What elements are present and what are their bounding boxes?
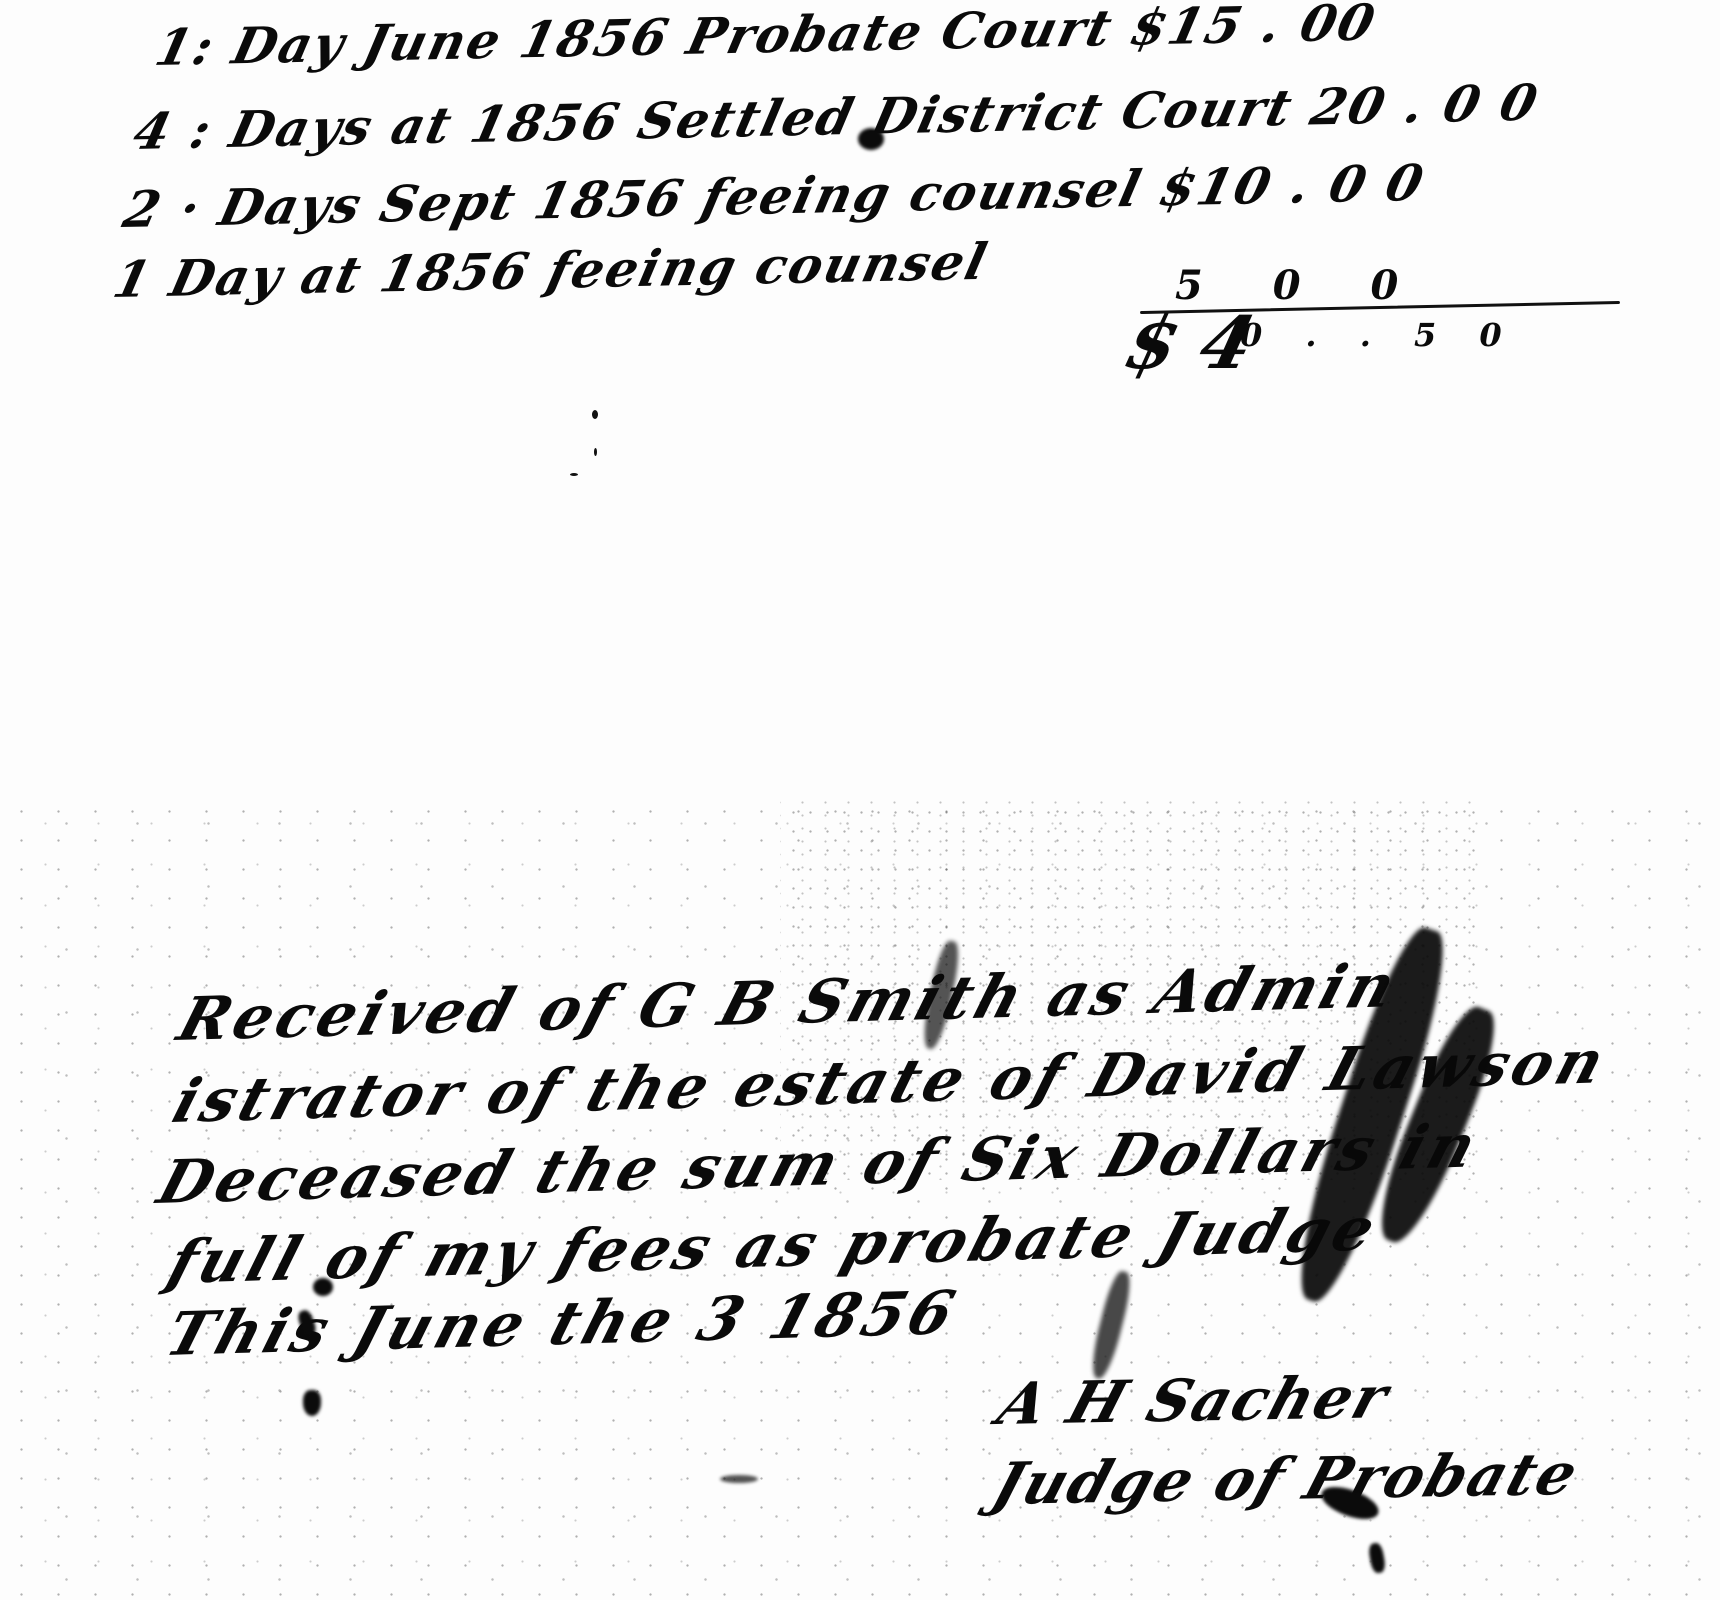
total-cents: 0 . . 5 0 (1240, 316, 1518, 354)
ink-blot-small (858, 128, 884, 150)
account-line-4: 1 Day at 1856 feeing counsel (108, 232, 994, 309)
account-line-2: 4 : Days at 1856 Settled District Court … (128, 73, 1545, 161)
stray-mark (594, 448, 597, 456)
ink-blot-of (313, 1278, 333, 1296)
ink-smear-lower (1087, 1269, 1135, 1381)
stray-mark (570, 473, 578, 476)
stray-mark (592, 410, 598, 419)
account-line-1: 1: Day June 1856 Probate Court $15 . 00 (150, 0, 1382, 77)
signature-name: A H Sacher (990, 1363, 1398, 1438)
signature-title: Judge of Probate (985, 1440, 1587, 1518)
ink-mark-below-signature (1368, 1542, 1387, 1574)
document-page: 1: Day June 1856 Probate Court $15 . 00 … (0, 0, 1720, 1600)
stray-ink-dash (720, 1475, 758, 1483)
ink-mark-v (303, 1390, 321, 1416)
account-line-3: 2 · Days Sept 1856 feeing counsel $10 . … (118, 153, 1431, 239)
